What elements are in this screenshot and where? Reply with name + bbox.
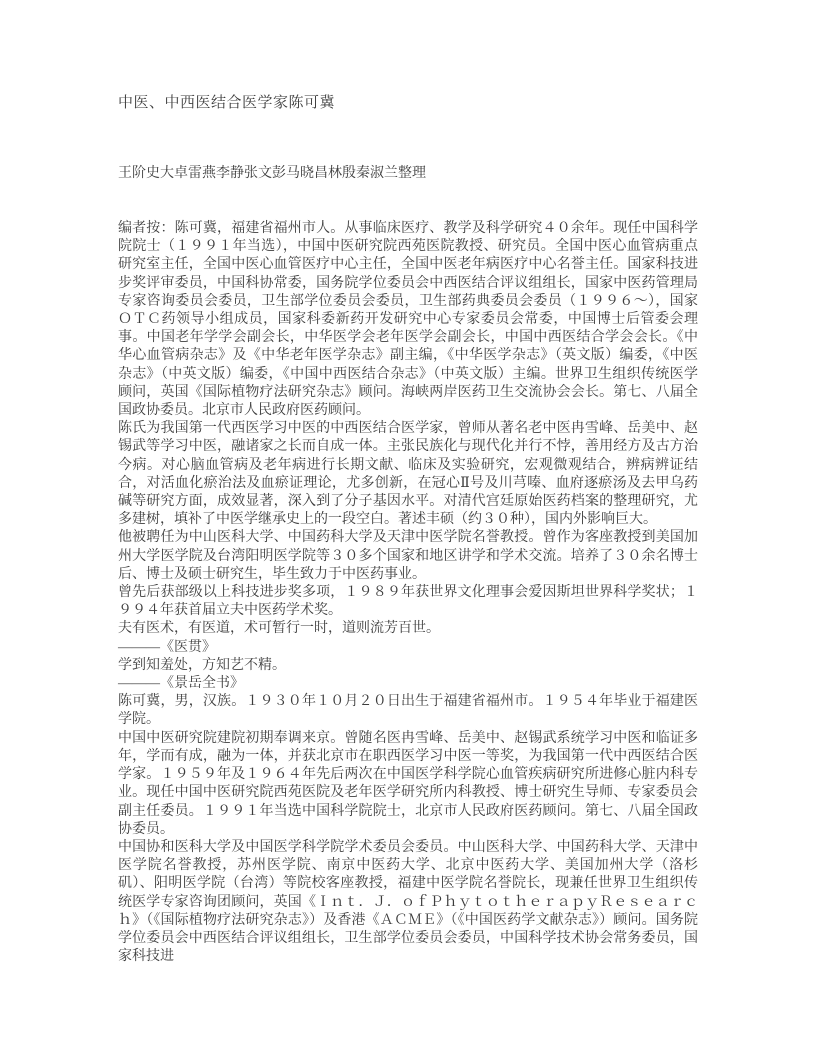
document-page: 中医、中西医结合医学家陈可冀 王阶史大卓雷燕李静张文彭马晓昌林殷秦淑兰整理 编者… (0, 0, 816, 1056)
body-paragraph: 他被聘任为中山医科大学、中国药科大学及天津中医学院名誉教授。曾作为客座教授到美国… (118, 529, 698, 584)
body-paragraph: 学到知羞处，方知艺不精。 (118, 657, 698, 675)
body-paragraph: 曾先后获部级以上科技进步奖多项，１９８９年获世界文化理事会爱因斯坦世界科学奖状；… (118, 584, 698, 620)
body-paragraph: 中国中医研究院建院初期奉调来京。曾随名医冉雪峰、岳美中、赵锡武系统学习中医和临证… (118, 730, 698, 839)
body-paragraph: 编者按：陈可冀，福建省福州市人。从事临床医疗、教学及科学研究４０余年。现任中国科… (118, 220, 698, 420)
document-canvas: { "page": { "background": "#ffffff", "te… (0, 0, 816, 1056)
body-paragraph: ———《医贯》 (118, 639, 698, 657)
body-paragraph: 陈可冀，男，汉族。１９３０年１０月２０日出生于福建省福州市。１９５４年毕业于福建… (118, 693, 698, 729)
body-paragraph: 中国协和医科大学及中国医学科学院学术委员会委员。中山医科大学、中国药科大学、天津… (118, 839, 698, 966)
body-paragraph: ———《景岳全书》 (118, 675, 698, 693)
document-body: 编者按：陈可冀，福建省福州市人。从事临床医疗、教学及科学研究４０余年。现任中国科… (118, 220, 698, 966)
body-paragraph: 夫有医术，有医道，术可暂行一时，道则流芳百世。 (118, 620, 698, 638)
document-title: 中医、中西医结合医学家陈可冀 (118, 94, 698, 112)
body-paragraph: 陈氏为我国第一代西医学习中医的中西医结合医学家，曾师从著名老中医冉雪峰、岳美中、… (118, 420, 698, 529)
document-byline: 王阶史大卓雷燕李静张文彭马晓昌林殷秦淑兰整理 (118, 165, 698, 183)
